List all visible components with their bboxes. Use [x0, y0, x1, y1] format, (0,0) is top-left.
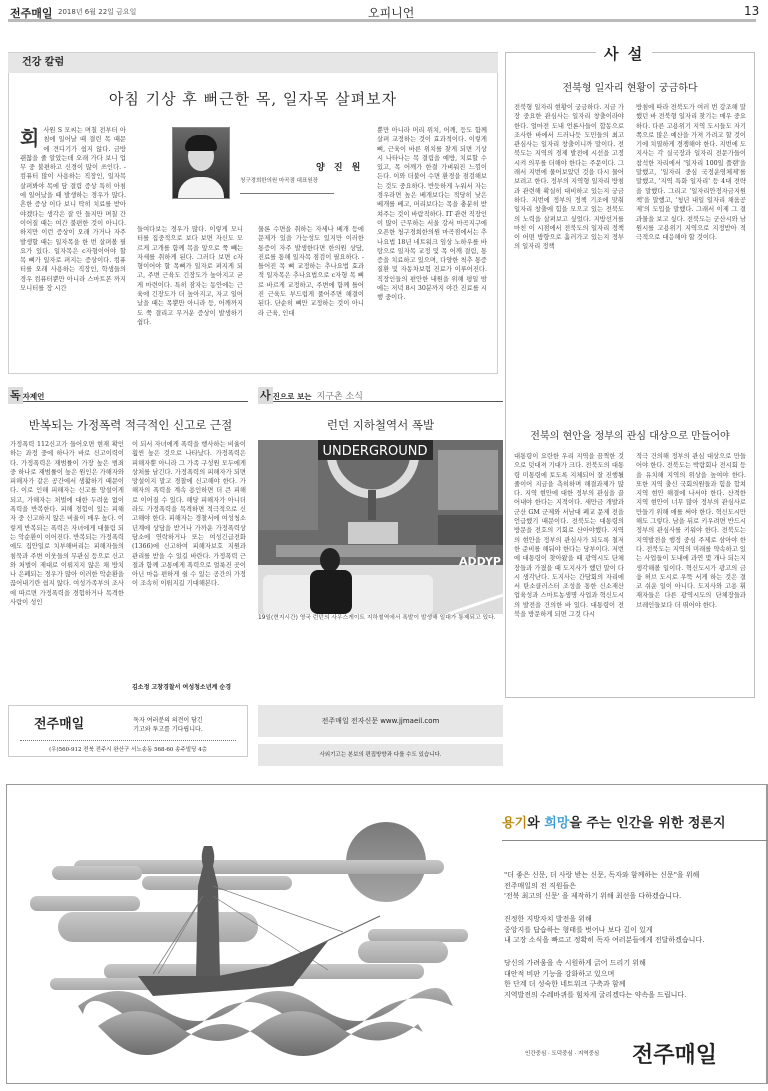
reader-letter-byline: 김소정 고창경찰서 여성청소년계 순경 — [132, 682, 231, 691]
svg-text:ADDYP: ADDYP — [459, 555, 501, 568]
editorial-title-2: 전북의 현안을 정부의 관심 대상으로 만들어야 — [505, 427, 755, 442]
dropcap: 회 — [20, 128, 39, 148]
reader-letter-col1: 가정폭력 112신고가 들어오면 현재 확인하는 과정 중에 하나가 바로 신고… — [10, 440, 124, 690]
ad-headline-rule — [502, 840, 768, 841]
news-photo: UNDERGROUND ADDYP — [258, 440, 503, 614]
editorial-2-col1: 대통령이 요란한 우리 지역을 끔찍한 것으로 덧대져 기대가 크다. 전북도의… — [514, 452, 624, 692]
e-paper-banner[interactable]: 전주매일 전자신문 www.jjmaeil.com — [258, 705, 503, 737]
ad-slogan: 인간중심 · 도덕중심 · 지역중심 — [525, 1049, 599, 1057]
editorial-label: 사 설 — [596, 43, 652, 64]
masthead-date: 2018년 6월 22일 금요일 — [58, 7, 136, 17]
ad-paragraph-1: "더 좋은 신문, 더 사랑 받는 신문, 독자와 함께하는 신문"을 위해 전… — [504, 870, 699, 902]
author-photo-frame — [172, 127, 230, 199]
reader-letter-col2: 이 되서 자녀에게 폭력을 행사하는 비율이 훨씬 높은 것으로 나타났다. 가… — [132, 440, 246, 680]
reader-letter-label: 독자제언 — [8, 384, 248, 402]
contact-box-divider — [20, 740, 236, 741]
ad-paragraph-3: 당신의 가려움을 속 시원하게 긁어 드리기 위해 대안적 비판 기능을 강화하… — [504, 958, 686, 1000]
health-column-text-col4: 뿐만 아니라 머리 위치, 어깨, 등도 함께 살펴 교정하는 것이 효과적이다… — [377, 126, 487, 368]
underground-sign: UNDERGROUND — [322, 444, 427, 459]
ad-paragraph-2: 진정한 지방자치 발전을 위해 중앙지를 답습하는 형태를 벗어나 보다 깊이 … — [504, 914, 704, 946]
health-column-label: 건강 칼럼 — [8, 53, 498, 73]
contact-box-logo: 전주매일 — [34, 713, 84, 732]
contact-box-address: (우)560-912 전북 전주시 완산구 서노송동 568-60 송주빌딩 4… — [20, 745, 236, 753]
disclaimer-banner: 사외기고는 본보의 편집방향과 다를 수도 있습니다. — [258, 744, 503, 766]
page-number: 13 — [744, 4, 759, 18]
ship-illustration — [8, 786, 496, 1082]
ad-headline: 용기와 희망을 주는 인간을 위한 정론지 — [502, 812, 726, 831]
reader-letter-title: 반복되는 가정폭력 적극적인 신고로 근절 — [8, 417, 253, 433]
health-column-text-col2: 들여다보는 경우가 많다. 이렇게 모니터를 집중적으로 보다 보면 자신도 모… — [137, 225, 243, 368]
health-column-title: 아침 기상 후 뻐근한 목, 일자목 살펴보자 — [8, 88, 498, 109]
health-column-text-col1: 회 사원 S 모씨는 며칠 전부터 아침에 일어날 때 결린 목 때문에 견디기… — [20, 126, 126, 366]
photo-caption: 19일(현지시간) 영국 런던의 사우스게이트 지하철역에서 폭발이 발생해 일… — [258, 614, 503, 622]
editorial-1-col2: 방침에 따라 전북도가 여러 번 강조해 말했던 바 전북형 일자리 찾기는 매… — [636, 103, 746, 401]
editorial-1-col1: 전북형 일자리 현황이 궁금하다. 지금 가장 중요한 관심사는 일자리 창출이… — [514, 103, 624, 401]
health-column-text-col3: 물론 수면을 취하는 자세나 베개 등에 문제가 있을 가능성도 있지만 이러한… — [258, 225, 364, 368]
editorial-title-1: 전북형 일자리 현황이 궁금하다 — [505, 79, 755, 94]
photo-news-label: 사진으로 보는 지구촌 소식 — [258, 384, 503, 402]
photo-news-title: 런던 지하철역서 폭발 — [258, 417, 503, 433]
author-rule — [240, 193, 334, 194]
editorial-2-col2: 적극 건의해 정부의 관심 대상으로 만들어야 한다. 전북도는 박람회나 전시… — [636, 452, 746, 692]
contact-box-message: 독자 여러분의 의견이 담긴 기고와 투고를 기다립니다. — [120, 716, 216, 734]
masthead-rule — [8, 19, 756, 22]
author-title: 청구경희한의원 마곡점 대표원장 — [240, 176, 318, 184]
author-name: 양 진 원 — [316, 160, 363, 173]
ad-logo: 전주매일 — [632, 1038, 717, 1069]
